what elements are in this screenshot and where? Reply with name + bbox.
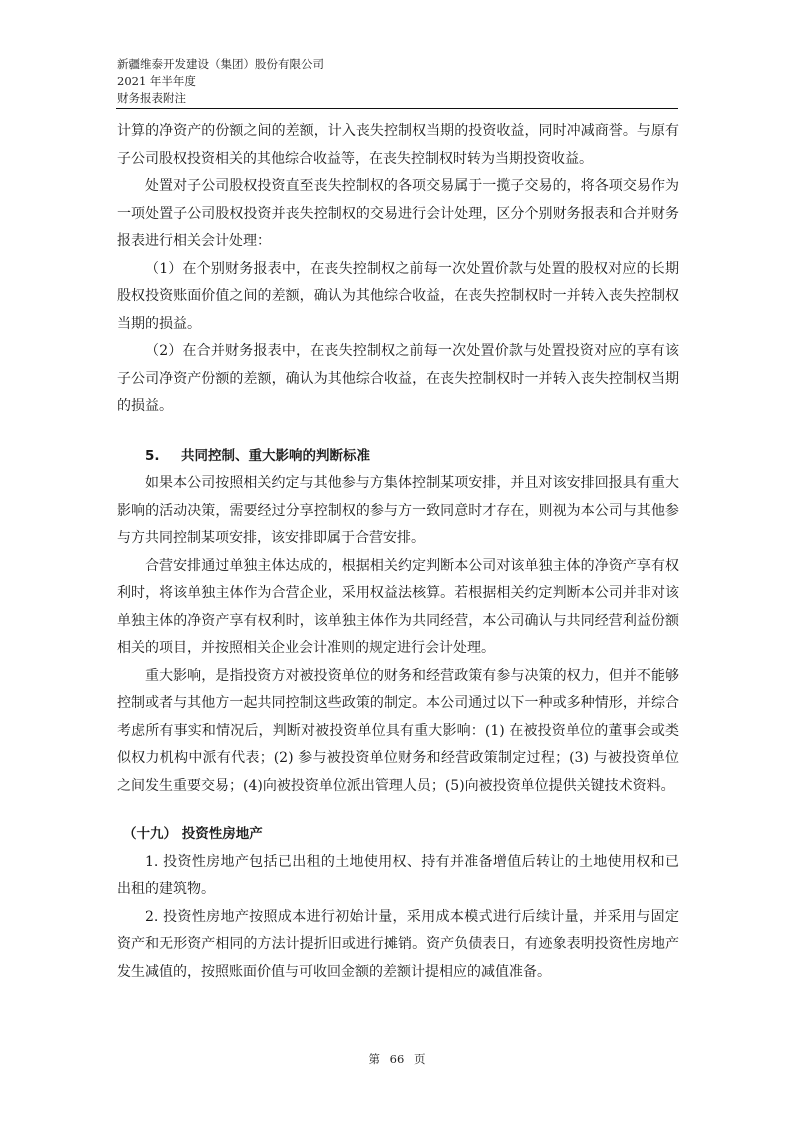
section-19-heading: （十九） 投资性房地产 <box>117 821 679 849</box>
paragraph-package-deal: 处置对子公司股权投资直至丧失控制权的各项交易属于一揽子交易的，将各项交易作为一项… <box>117 173 679 256</box>
spacer <box>117 421 679 443</box>
company-name: 新疆维泰开发建设（集团）股份有限公司 <box>117 56 679 73</box>
spacer <box>117 800 679 821</box>
section-5-heading: 5.共同控制、重大影响的判断标准 <box>117 443 679 471</box>
section-number: 5. <box>145 443 181 471</box>
page-footer: 第 66 页 <box>0 1051 794 1067</box>
section-title: 共同控制、重大影响的判断标准 <box>181 448 370 464</box>
paragraph-joint-venture: 合营安排通过单独主体达成的，根据相关约定判断本公司对该单独主体的净资产享有权利时… <box>117 553 679 663</box>
section-number: （十九） <box>123 826 177 842</box>
page-label-suffix: 页 <box>414 1052 426 1066</box>
paragraph-investment-property-scope: 1. 投资性房地产包括已出租的土地使用权、持有并准备增值后转让的土地使用权和已出… <box>117 849 679 904</box>
paragraph-significant-influence: 重大影响，是指投资方对被投资单位的财务和经营政策有参与决策的权力，但并不能够控制… <box>117 663 679 801</box>
page-number: 66 <box>390 1052 405 1066</box>
page-label-prefix: 第 <box>369 1052 381 1066</box>
paragraph-investment-property-measurement: 2. 投资性房地产按照成本进行初始计量，采用成本模式进行后续计量，并采用与固定资… <box>117 904 679 987</box>
header-divider <box>116 108 678 109</box>
document-type: 财务报表附注 <box>117 90 679 107</box>
page-header: 新疆维泰开发建设（集团）股份有限公司 2021 年半年度 财务报表附注 <box>117 56 679 107</box>
report-period: 2021 年半年度 <box>117 73 679 90</box>
paragraph-separate-statements: （1）在个别财务报表中，在丧失控制权之前每一次处置价款与处置的股权对应的长期股权… <box>117 256 679 339</box>
section-title: 投资性房地产 <box>182 826 263 842</box>
paragraph-consolidated-statements: （2）在合并财务报表中，在丧失控制权之前每一次处置价款与处置投资对应的享有该子公… <box>117 338 679 421</box>
paragraph-continuation: 计算的净资产的份额之间的差额，计入丧失控制权当期的投资收益，同时冲减商誉。与原有… <box>117 118 679 173</box>
paragraph-joint-arrangement: 如果本公司按照相关约定与其他参与方集体控制某项安排，并且对该安排回报具有重大影响… <box>117 470 679 553</box>
document-body: 计算的净资产的份额之间的差额，计入丧失控制权当期的投资收益，同时冲减商誉。与原有… <box>117 118 679 986</box>
